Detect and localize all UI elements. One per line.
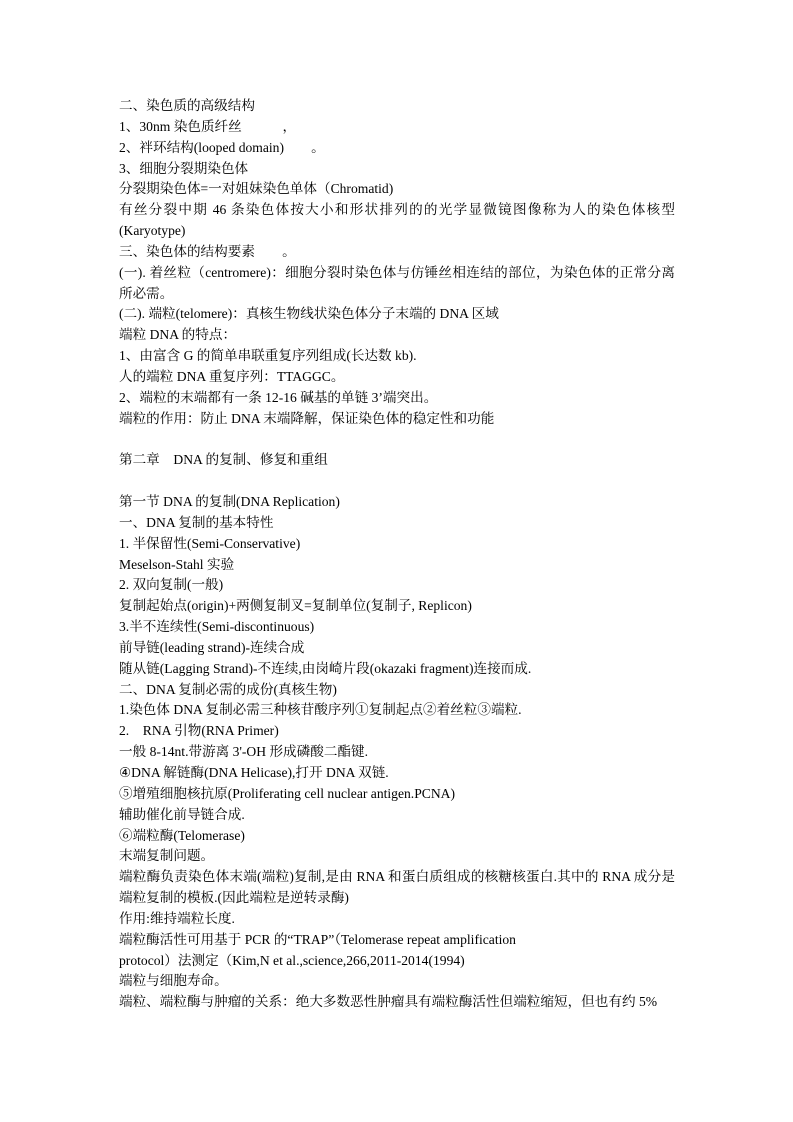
document-page: 二、染色质的高级结构 1、30nm 染色质纤丝 ， 2、袢环结构(looped … [119,96,675,1013]
text-line: 随从链(Lagging Strand)-不连续,由岗崎片段(okazaki fr… [119,659,675,680]
text-line: 1、由富含 G 的简单串联重复序列组成(长达数 kb). [119,346,675,367]
text-line: 人的端粒 DNA 重复序列：TTAGGC。 [119,367,675,388]
text-line: Meselson-Stahl 实验 [119,555,675,576]
text-line: 作用:维持端粒长度. [119,909,675,930]
text-line: ⑥端粒酶(Telomerase) [119,826,675,847]
section-heading: 一、DNA 复制的基本特性 [119,513,675,534]
section-title: 第一节 DNA 的复制(DNA Replication) [119,492,675,513]
text-line: 一般 8-14nt.带游离 3'-OH 形成磷酸二酯键. [119,742,675,763]
text-line: 1. 半保留性(Semi-Conservative) [119,534,675,555]
text-line: 2、袢环结构(looped domain) 。 [119,138,675,159]
paragraph: 有丝分裂中期 46 条染色体按大小和形状排列的的光学显微镜图像称为人的染色体核型… [119,200,675,242]
text-line: 端粒酶活性可用基于 PCR 的“TRAP”（Telomerase repeat … [119,930,675,951]
text-line: 分裂期染色体=一对姐妹染色单体（Chromatid) [119,179,675,200]
text-line: ⑤增殖细胞核抗原(Proliferating cell nuclear anti… [119,784,675,805]
text-line: 3.半不连续性(Semi-discontinuous) [119,617,675,638]
text-line: 端粒与细胞寿命。 [119,971,675,992]
section-heading: 二、染色质的高级结构 [119,96,675,117]
blank-line [119,471,675,492]
text-line: 1、30nm 染色质纤丝 ， [119,117,675,138]
text-line: 2. RNA 引物(RNA Primer) [119,721,675,742]
text-line: 复制起始点(origin)+两侧复制叉=复制单位(复制子, Replicon) [119,596,675,617]
text-line: 2. 双向复制(一般) [119,575,675,596]
text-line: 2、端粒的末端都有一条 12-16 碱基的单链 3’端突出。 [119,388,675,409]
section-heading: 三、染色体的结构要素 。 [119,242,675,263]
text-line: ④DNA 解链酶(DNA Helicase),打开 DNA 双链. [119,763,675,784]
text-line: 前导链(leading strand)-连续合成 [119,638,675,659]
text-line: 3、细胞分裂期染色体 [119,159,675,180]
text-line: 端粒、端粒酶与肿瘤的关系：绝大多数恶性肿瘤具有端粒酶活性但端粒缩短，但也有约 5… [119,992,675,1013]
text-line: 1.染色体 DNA 复制必需三种核苷酸序列①复制起点②着丝粒③端粒. [119,700,675,721]
chapter-title: 第二章 DNA 的复制、修复和重组 [119,450,675,471]
text-line: (二). 端粒(telomere)：真核生物线状染色体分子末端的 DNA 区域 [119,304,675,325]
text-line: protocol）法测定（Kim,N et al.,science,266,20… [119,951,675,972]
text-line: 端粒 DNA 的特点： [119,325,675,346]
text-line: 辅助催化前导链合成. [119,805,675,826]
section-heading: 二、DNA 复制必需的成份(真核生物) [119,680,675,701]
blank-line [119,430,675,451]
paragraph: (一). 着丝粒（centromere)：细胞分裂时染色体与仿锤丝相连结的部位，… [119,263,675,305]
text-line: 末端复制问题。 [119,846,675,867]
text-line: 端粒的作用：防止 DNA 末端降解，保证染色体的稳定性和功能 [119,409,675,430]
paragraph: 端粒酶负责染色体末端(端粒)复制,是由 RNA 和蛋白质组成的核糖核蛋白.其中的… [119,867,675,909]
